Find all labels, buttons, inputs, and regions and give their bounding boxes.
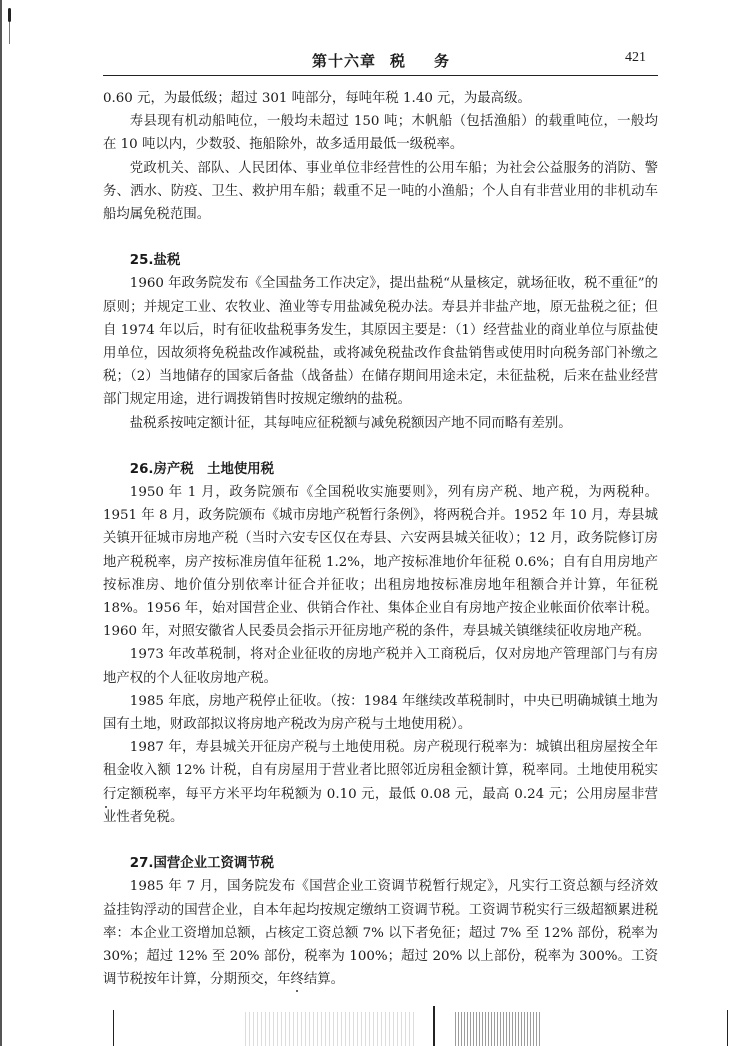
paragraph-property-tax-1987: 1987 年，寿县城关开征房产税与土地使用税。房产税现行税率为：城镇出租房屋按全… xyxy=(103,736,658,829)
section-spacer xyxy=(103,435,658,458)
scan-bar-right xyxy=(727,1010,728,1046)
paragraph-salt-tax-history: 1960 年政务院发布《全国盐务工作决定》，提出盐税“从量核定，就场征收，税不重… xyxy=(103,272,658,411)
running-header: 第十六章税务 421 xyxy=(103,48,658,76)
scan-noise-light xyxy=(245,1012,415,1046)
scan-artifact-blob xyxy=(8,8,11,22)
paragraph-wage-tax: 1985 年 7 月，国务院发布《国营企业工资调节税暂行规定》，凡实行工资总额与… xyxy=(103,875,658,991)
scan-artifact-mark xyxy=(8,4,11,42)
chapter-title: 第十六章税务 xyxy=(312,50,450,71)
scan-footer-artifacts xyxy=(0,1000,747,1046)
section-title-property-tax: 26.房产税 土地使用税 xyxy=(103,458,658,481)
paragraph-property-tax-1973: 1973 年改革税制，将对企业征收的房地产税并入工商税后，仅对房地产管理部门与有… xyxy=(103,643,658,689)
paragraph-vehicle-exemptions: 党政机关、部队、人民团体、事业单位非经营性的公用车船；为社会公益服务的消防、警务… xyxy=(103,157,658,227)
section-spacer xyxy=(103,829,658,852)
section-title-salt-tax: 25.盐税 xyxy=(103,249,658,272)
scan-left-border xyxy=(0,0,2,1046)
section-spacer xyxy=(103,226,658,249)
page-body: 0.60 元，为最低级；超过 301 吨部分，每吨年税 1.40 元，为最高级。… xyxy=(103,87,658,991)
paragraph-property-tax-1985: 1985 年底，房地产税停止征收。（按：1984 年继续改革税制时，中央已明确城… xyxy=(103,690,658,736)
scan-artifact-tail xyxy=(9,22,10,44)
scan-noise-dark xyxy=(455,1012,540,1046)
chapter-word-1: 税 xyxy=(390,52,406,70)
scan-bar-middle xyxy=(433,1006,435,1046)
scan-speck xyxy=(105,806,107,808)
paragraph-vessel-tonnage: 寿县现有机动船吨位，一般均未超过 150 吨；木帆船（包括渔船）的载重吨位，一般… xyxy=(103,110,658,156)
scan-bar-left xyxy=(113,1010,114,1046)
section-title-wage-tax: 27.国营企业工资调节税 xyxy=(103,852,658,875)
header-rule xyxy=(103,75,658,76)
chapter-word-2: 务 xyxy=(434,52,450,70)
paragraph-property-tax-history: 1950 年 1 月，政务院颁布《全国税收实施要则》，列有房产税、地产税，为两税… xyxy=(103,481,658,643)
chapter-prefix: 第十六章 xyxy=(312,52,376,70)
page-number: 421 xyxy=(625,50,646,66)
paragraph-salt-tax-rate: 盐税系按吨定额计征，其每吨应征税额与减免税额因产地不同而略有差别。 xyxy=(103,412,658,435)
scan-speck xyxy=(296,990,298,992)
continued-paragraph: 0.60 元，为最低级；超过 301 吨部分，每吨年税 1.40 元，为最高级。 xyxy=(103,87,658,110)
